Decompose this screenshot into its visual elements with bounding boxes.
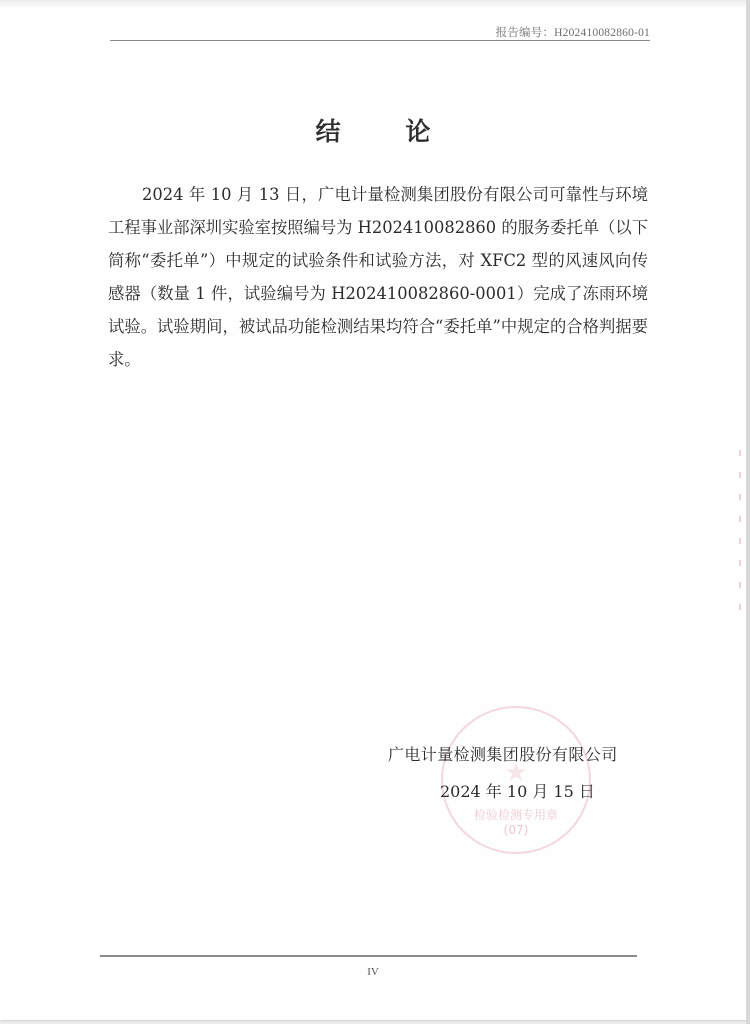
document-page: 报告编号：H202410082860-01 结 论 2024 年 10 月 13… [0, 0, 746, 1020]
conclusion-paragraph: 2024 年 10 月 13 日，广电计量检测集团股份有限公司可靠性与环境工程事… [108, 178, 648, 376]
viewer-scrollbar[interactable] [746, 0, 750, 1024]
signature-date: 2024 年 10 月 15 日 [440, 779, 595, 802]
signatory-company: 广电计量检测集团股份有限公司 [388, 742, 638, 765]
header-divider [110, 40, 650, 41]
page-top-shadow [0, 0, 746, 8]
seal-code: (07) [443, 823, 589, 838]
seal-label: 检验检测专用章 [443, 808, 589, 823]
footer-divider [100, 955, 637, 957]
seal-text: 检验检测专用章 (07) [443, 808, 589, 838]
report-number: 报告编号：H202410082860-01 [496, 24, 650, 40]
page-number: IV [0, 966, 746, 978]
edge-seal-mark [739, 450, 741, 620]
page-title: 结 论 [0, 112, 746, 148]
